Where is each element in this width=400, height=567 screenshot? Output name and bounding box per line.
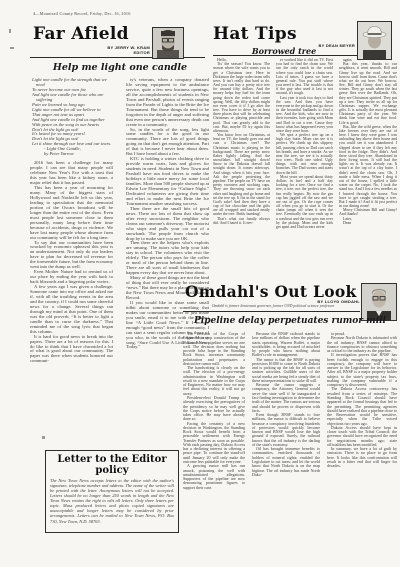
paragraph: In summary, we have a lot of guilt by om… [327, 447, 397, 468]
paragraph: A few years ago I was given a challenge.… [30, 285, 113, 335]
paragraph: Then there are the small bits of good ne… [126, 207, 209, 242]
far-afield-column-1: Light one candle for the strength that w… [30, 78, 113, 449]
paragraph: The handwriting is clearly on the wall. … [183, 366, 245, 396]
omdahl-credit: Omdahl is former lieutenant governor, fo… [183, 304, 363, 308]
letter-policy-title: Letter to the Editor policy [50, 454, 174, 476]
paragraph: Because the BNSF railroad stands to lose… [252, 332, 320, 358]
paragraph: The rumor is that the BNSF is paying pro… [252, 358, 320, 384]
hat-tips-column-1: Hello,Tis' the season! You know. The sea… [213, 58, 270, 281]
scan-artifact [10, 47, 14, 49]
paragraph: That's what our family always did. And I… [213, 217, 270, 225]
poem-credit: - Light One Candle,by Peter Yarrow [30, 147, 113, 157]
letter-policy-body: The New Town News accepts letters to the… [50, 478, 174, 524]
jerry-kram-photo [152, 27, 184, 59]
paragraph: But, like the wild geese, when the lake … [339, 125, 397, 208]
hat-tips-title: Hat Tips [213, 24, 297, 44]
paragraph: To say that our communities have been wr… [30, 241, 113, 271]
paragraph: The decision of the Corps of Engineers t… [183, 332, 245, 366]
paragraph: Tis' the season! You know. The season wh… [213, 62, 270, 133]
paragraph: Even Mother Nature had to remind us of o… [30, 270, 113, 285]
paragraph: Oil has brought immense benefits to comm… [252, 447, 320, 477]
paragraph: Because the rumor suggests a conspiracy,… [252, 383, 320, 413]
cowboy-hat-portrait [358, 22, 391, 59]
paragraph: So, in the words of the song, lets light… [126, 128, 209, 158]
paragraph: ty's veterans, when a company donated li… [126, 78, 209, 128]
paragraph: This has been a year of mourning for man… [30, 186, 113, 240]
far-afield-headline: Help me light one candle [30, 62, 210, 73]
letter-policy-box: Letter to the Editor policy The New Town… [45, 450, 179, 533]
paragraph: It is hard for good news to break into t… [30, 335, 113, 365]
omdahl-column-3: ta proud.Because North Dakota is infatua… [327, 332, 397, 540]
poem: Light one candle for the strength that w… [30, 78, 113, 147]
page-header: 4—Mountrail County Record, Friday, Dec. … [33, 11, 131, 16]
paragraph: Most years we spend about thirty dollars… [276, 175, 333, 229]
paragraph: We spot a perfect tree up on a high clay… [276, 133, 333, 175]
paragraph: If investigation proves that BNSF has be… [327, 353, 397, 387]
scan-artifact [9, 29, 11, 33]
hat-tips-column-2: er worked like it did on TV. First you h… [276, 58, 333, 281]
dean-meyer-photo [357, 21, 392, 60]
paragraph: Then there are the helpers who's exploit… [126, 241, 209, 276]
hat-tips-column-3: again.But this year, thanks to our neigh… [339, 58, 397, 281]
paragraph: Dakota Access should have kept in closer… [327, 426, 397, 447]
omdahl-rule [183, 311, 360, 312]
hat-tips-rule [213, 55, 357, 56]
omdahl-column-2: Because the BNSF railroad stands to lose… [252, 332, 320, 540]
paragraph: Merry Christmas Bill and Ginny! And than… [339, 208, 397, 216]
balding-man-glasses-portrait [362, 284, 396, 320]
paragraph: Even though BNSF stands to lose millions… [252, 413, 320, 447]
far-afield-byline: BY JERRY W. KRAM EDITOR [55, 45, 150, 55]
paragraph: er worked like it did on TV. First you h… [276, 58, 333, 96]
omdahl-column-1: The decision of the Corps of Engineers t… [183, 332, 245, 540]
newspaper-page: { "colors": { "paper": "#f7f6f3", "ink":… [0, 0, 400, 567]
far-afield-title: Far Afield [33, 24, 129, 44]
paragraph: Facing the certainty of a new decision i… [183, 422, 245, 465]
paragraph: But this year, thanks to our neighbors, … [339, 62, 397, 125]
paragraph: The Dakota Access controversy has result… [327, 387, 397, 425]
paragraph: A growing rumor mill has run amuck, pois… [183, 464, 245, 490]
paragraph: Dean [339, 221, 397, 225]
byline-role: EDITOR [55, 50, 150, 55]
article-body: 2016 has been a challenge for many peopl… [30, 161, 113, 364]
man-glasses-beard-portrait [153, 28, 183, 58]
paragraph: Because North Dakota is infatuated with … [327, 336, 397, 353]
paragraph: You know how on Christmas, at least on T… [213, 133, 270, 216]
paragraph: KTC is holding a winter clothing drive t… [126, 157, 209, 207]
paragraph: 2016 has been a challenge for many peopl… [30, 161, 113, 186]
paragraph: Last year it took two days to find the s… [276, 96, 333, 134]
paragraph: President-elect Donald Trump is already … [183, 396, 245, 422]
omdahl-headline: Pipeline delay perpetuates rumor mill [183, 316, 397, 326]
